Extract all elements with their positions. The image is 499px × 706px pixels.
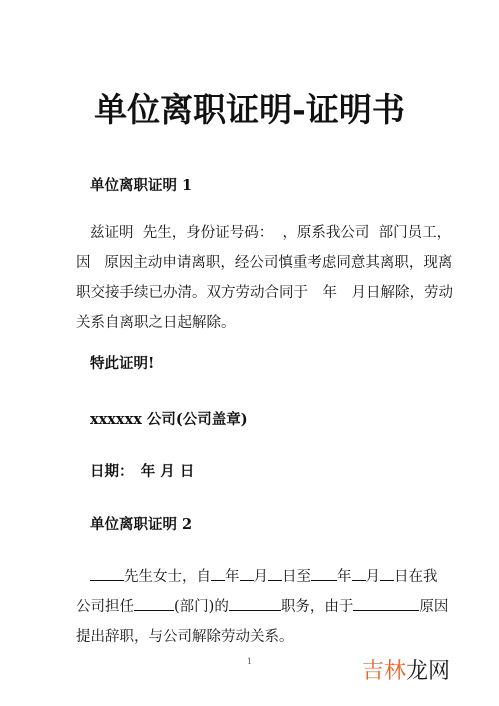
body-text: 原因主动申请离职，经公司慎重考虑同意其离职，现离 xyxy=(104,255,452,271)
body-text: 先生女士，自 xyxy=(124,569,211,585)
closing-text: 特此证明! xyxy=(90,352,154,373)
section2-heading: 单位离职证明 2 xyxy=(90,513,192,534)
blank-field xyxy=(268,566,282,581)
body-text: 职交接手续已办清。双方劳动合同于 年 月日解除，劳动 xyxy=(76,278,424,308)
body-text: 月 xyxy=(254,569,269,585)
body-text: 日至 xyxy=(282,569,311,585)
body-text: 原因 xyxy=(419,599,448,615)
site-watermark: 吉林龙网 xyxy=(362,654,450,685)
blank-field xyxy=(134,596,174,611)
blank-field xyxy=(240,566,254,581)
watermark-text-orange: 吉林 xyxy=(362,659,406,684)
body-text: 因 xyxy=(76,255,91,271)
watermark-text-black: 龙网 xyxy=(406,659,450,684)
blank-field xyxy=(211,566,225,581)
body-text: 月 xyxy=(366,569,381,585)
body-text: (部门)的 xyxy=(174,599,229,615)
body-text: 年 xyxy=(337,569,352,585)
body-text: 关系自离职之日起解除。 xyxy=(76,308,424,338)
body-text: 职务，由于 xyxy=(281,599,354,615)
section1-body: 兹证明 先生，身份证号码： ，原系我公司 部门员工， 因 原因主动申请离职，经公… xyxy=(76,218,424,338)
body-text: 公司担任 xyxy=(76,599,134,615)
body-text: 部门员工， xyxy=(379,225,452,241)
body-text: 兹证明 xyxy=(90,225,134,241)
body-text: 提出辞职，与公司解除劳动关系。 xyxy=(76,622,424,652)
blank-field xyxy=(311,566,337,581)
body-text: ，原系我公司 xyxy=(282,225,369,241)
blank-field xyxy=(352,566,366,581)
body-text: 年 xyxy=(225,569,240,585)
body-text: 日在我 xyxy=(394,569,438,585)
document-title: 单位离职证明-证明书 xyxy=(0,84,499,131)
company-seal-line: xxxxxx 公司(公司盖章) xyxy=(90,408,248,429)
date-line: 日期： 年 月 日 xyxy=(90,460,194,481)
section1-heading: 单位离职证明 1 xyxy=(90,174,192,195)
blank-field xyxy=(353,596,419,611)
blank-field xyxy=(380,566,394,581)
body-text: 先生，身份证号码： xyxy=(143,225,274,241)
blank-field xyxy=(90,566,124,581)
section2-body: 先生女士，自年月日至年月日在我 公司担任(部门)的职务，由于原因 提出辞职，与公… xyxy=(76,562,424,652)
blank-field xyxy=(229,596,281,611)
page-number: 1 xyxy=(247,657,252,666)
